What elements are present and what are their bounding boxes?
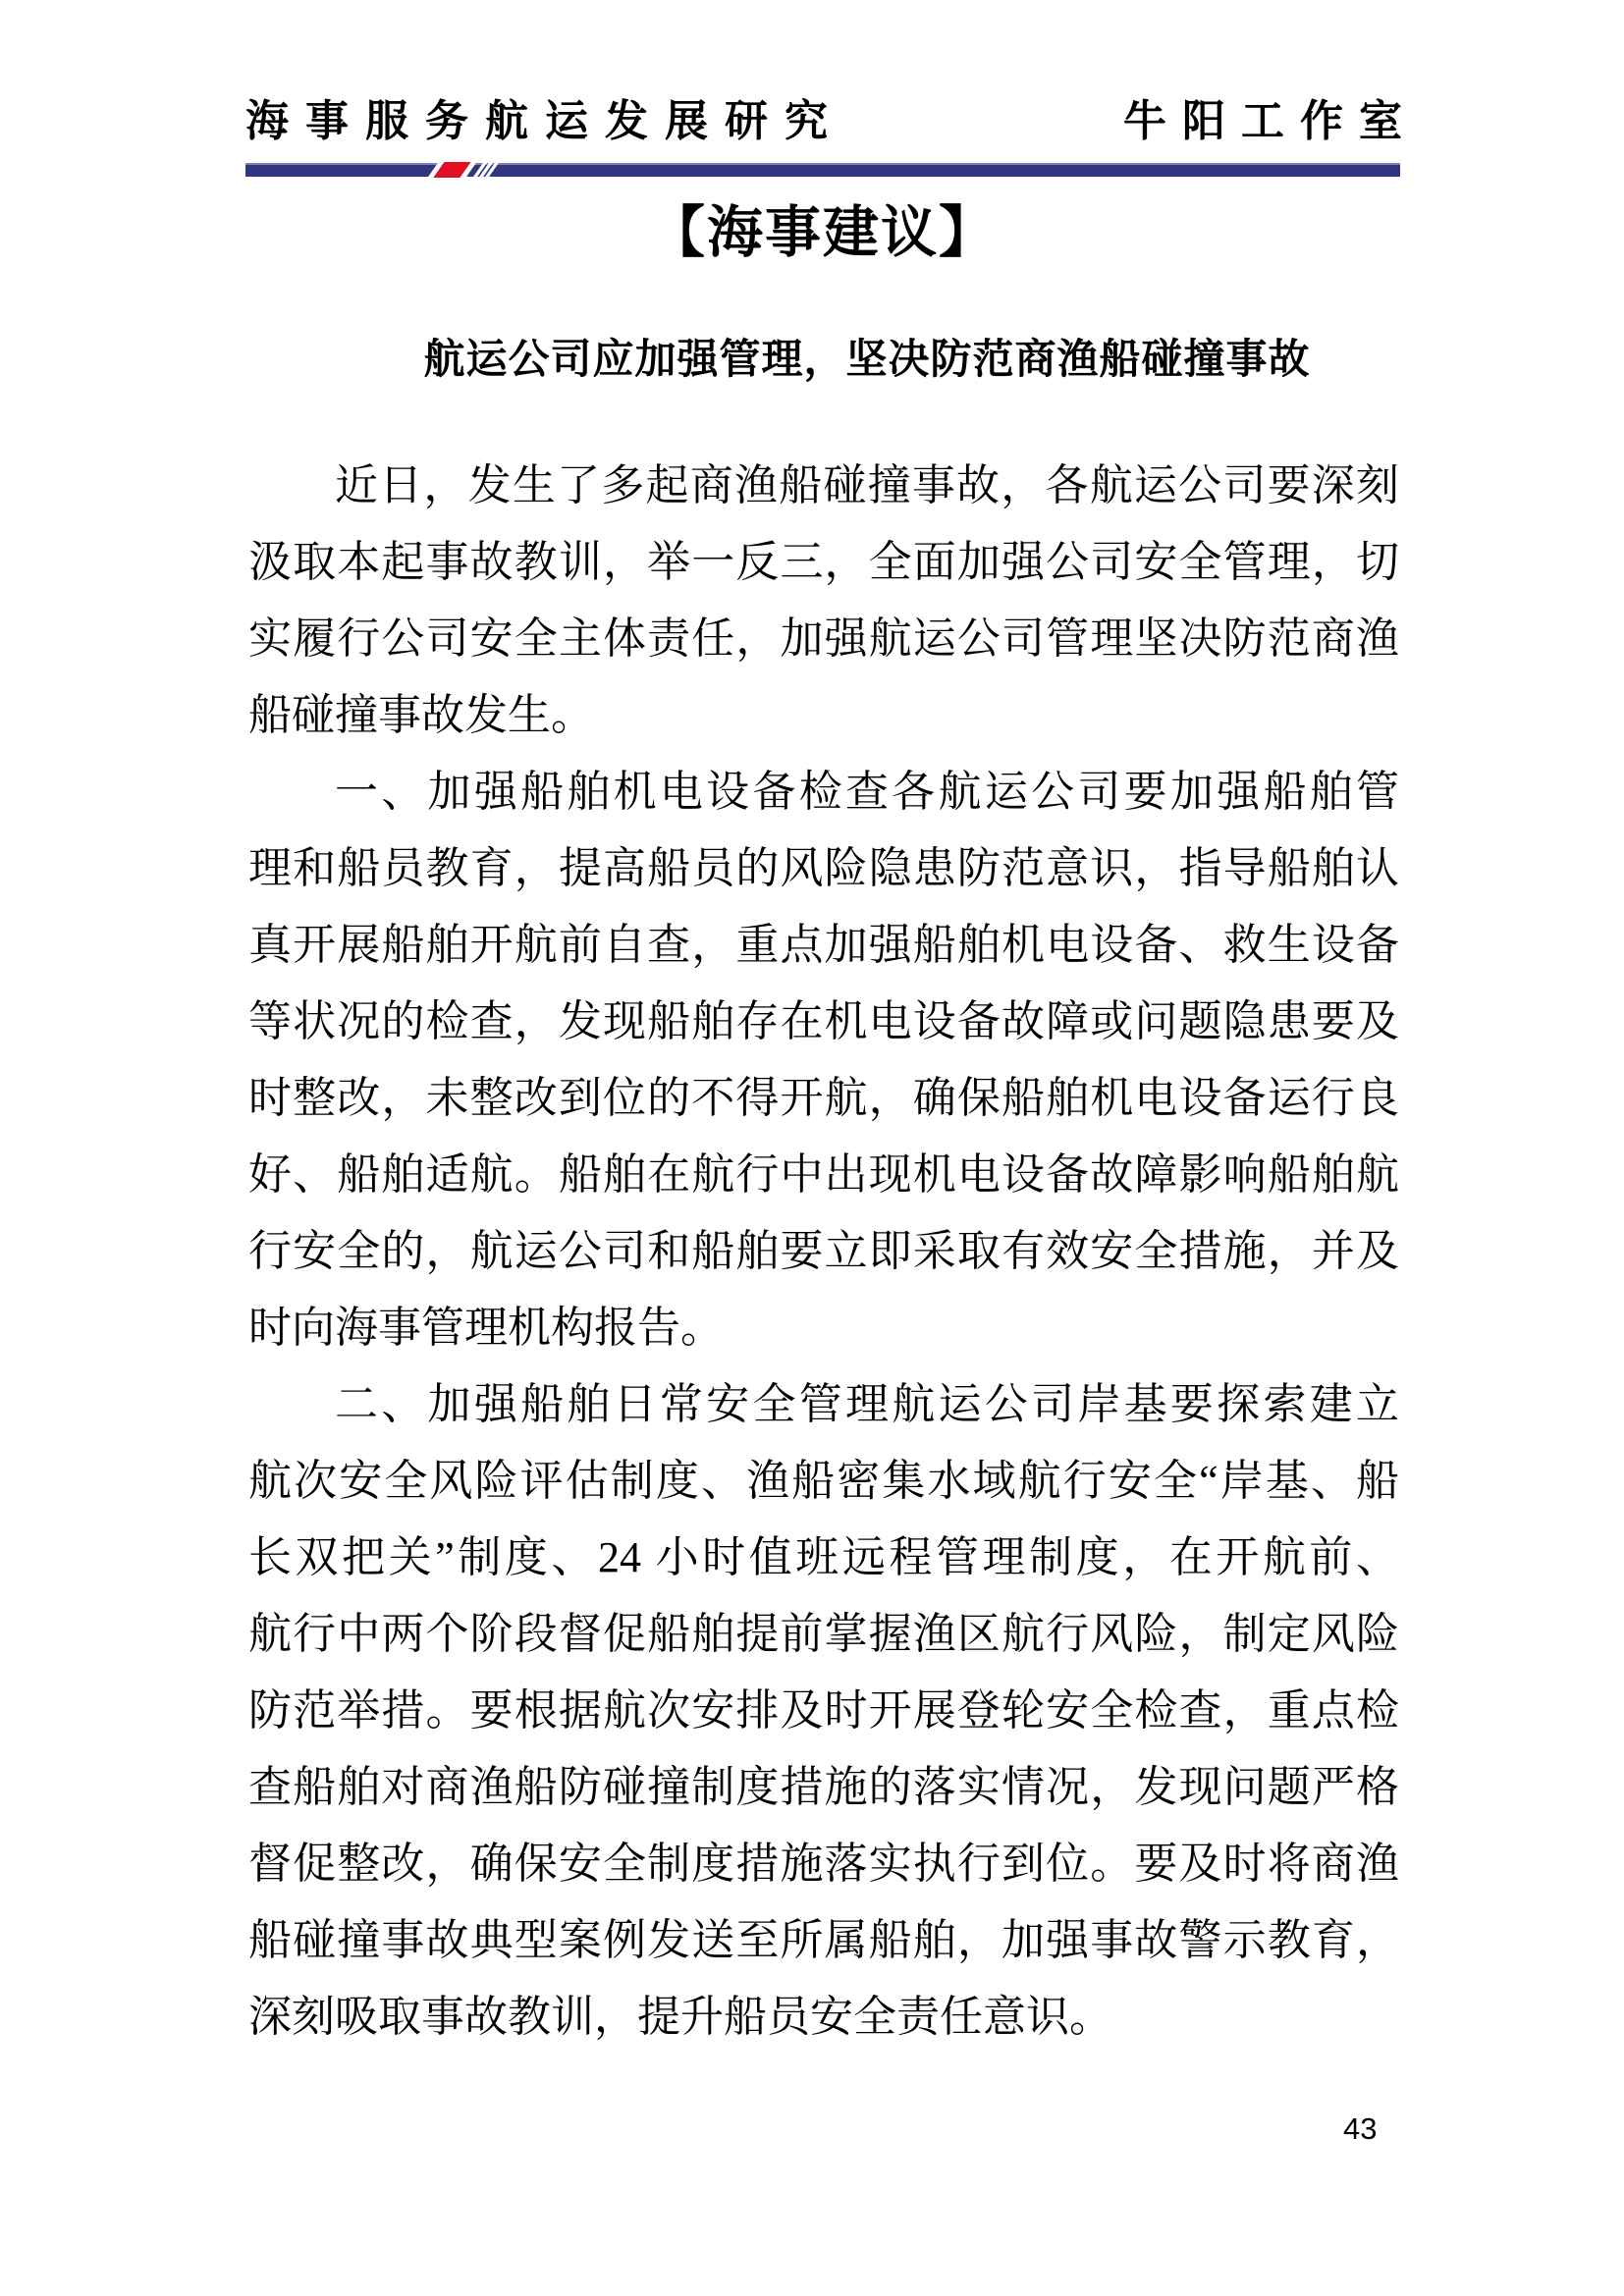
body-text-line: 实履行公司安全主体责任，加强航运公司管理坚决防范商渔 (248, 601, 1399, 677)
body-text-line: 汲取本起事故教训，举一反三，全面加强公司安全管理，切 (248, 524, 1399, 601)
document-page: 海事服务航运发展研究 牛阳工作室 【海事建议】 航运公司应加强管理，坚决防范商渔… (0, 0, 1624, 2296)
article-title: 航运公司应加强管理，坚决防范商渔船碰撞事故 (245, 334, 1400, 385)
body-text-line: 好、船舶适航。船舶在航行中出现机电设备故障影响船舶航 (248, 1137, 1399, 1213)
body-text-line: 行安全的，航运公司和船舶要立即采取有效安全措施，并及 (248, 1213, 1399, 1290)
body-text-line: 时整改，未整改到位的不得开航，确保船舶机电设备运行良 (248, 1060, 1399, 1137)
body-text-line: 督促整改，确保安全制度措施落实执行到位。要及时将商渔 (248, 1826, 1399, 1902)
body-text-line: 航次安全风险评估制度、渔船密集水域航行安全“岸基、船 (248, 1443, 1399, 1520)
masthead: 海事服务航运发展研究 牛阳工作室 (245, 96, 1402, 147)
body-text-line: 船碰撞事故典型案例发送至所属船舶，加强事故警示教育， (248, 1902, 1399, 1979)
article-body: 近日，发生了多起商渔船碰撞事故，各航运公司要深刻汲取本起事故教训，举一反三，全面… (248, 448, 1399, 2056)
body-text-line: 等状况的检查，发现船舶存在机电设备故障或问题隐患要及 (248, 984, 1399, 1060)
section-title: 【海事建议】 (245, 198, 1400, 267)
body-text-line: 查船舶对商渔船防碰撞制度措施的落实情况，发现问题严格 (248, 1749, 1399, 1826)
body-text-line: 航行中两个阶段督促船舶提前掌握渔区航行风险，制定风险 (248, 1596, 1399, 1673)
body-text-line: 船碰撞事故发生。 (248, 677, 1399, 754)
page-number: 43 (1343, 2110, 1377, 2148)
body-text-line: 时向海事管理机构报告。 (248, 1290, 1399, 1366)
body-text-line: 一、加强船舶机电设备检查各航运公司要加强船舶管 (248, 754, 1399, 830)
body-text-line: 二、加强船舶日常安全管理航运公司岸基要探索建立 (248, 1366, 1399, 1443)
body-text-line: 长双把关”制度、24 小时值班远程管理制度，在开航前、 (248, 1520, 1399, 1596)
body-text-line: 真开展船舶开航前自查，重点加强船舶机电设备、救生设备 (248, 907, 1399, 984)
masthead-right-title: 牛阳工作室 (1123, 96, 1418, 147)
body-text-line: 深刻吸取事故教训，提升船员安全责任意识。 (248, 1979, 1399, 2056)
masthead-left-title: 海事服务航运发展研究 (245, 96, 844, 147)
body-text-line: 理和船员教育，提高船员的风险隐患防范意识，指导船舶认 (248, 830, 1399, 907)
header-rule-bar (245, 163, 1400, 177)
body-text-line: 近日，发生了多起商渔船碰撞事故，各航运公司要深刻 (248, 448, 1399, 524)
body-text-line: 防范举措。要根据航次安排及时开展登轮安全检查，重点检 (248, 1673, 1399, 1749)
